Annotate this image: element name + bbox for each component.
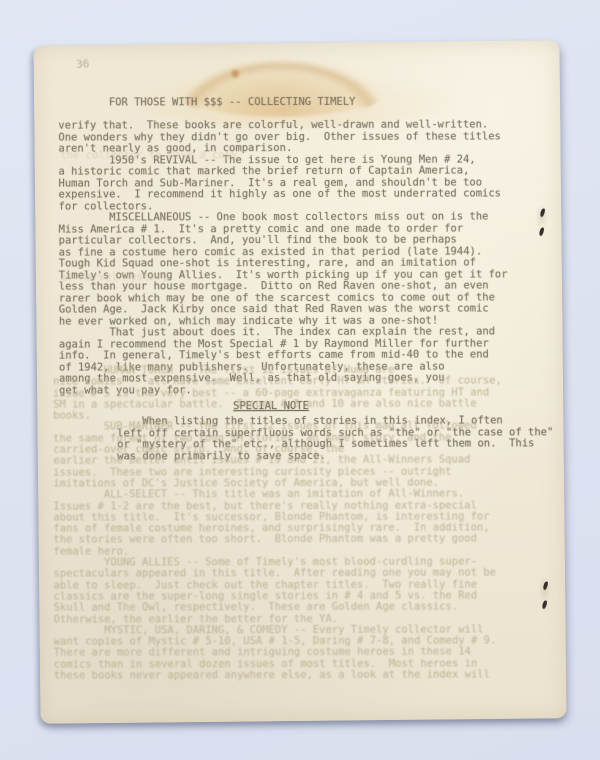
paper-sheet: 36 FOR THOSE WITH $$$ -- COLLECTING TIME… bbox=[33, 40, 566, 723]
ghost-fragment-1: the collector to have a copy bbox=[60, 149, 237, 161]
page-number: 36 bbox=[76, 57, 90, 71]
paper-content: 36 FOR THOSE WITH $$$ -- COLLECTING TIME… bbox=[36, 42, 564, 721]
ghost-fragment-2: at Marvel Mystery bbox=[61, 271, 168, 283]
typed-text-faint: HUMAN TORCH -- The first 12 issues of Hu… bbox=[53, 364, 548, 682]
stain-speck bbox=[230, 67, 240, 80]
photo-background: 36 FOR THOSE WITH $$$ -- COLLECTING TIME… bbox=[0, 0, 600, 760]
typed-text-dark: FOR THOSE WITH $$$ -- COLLECTING TIMELY … bbox=[58, 96, 545, 396]
